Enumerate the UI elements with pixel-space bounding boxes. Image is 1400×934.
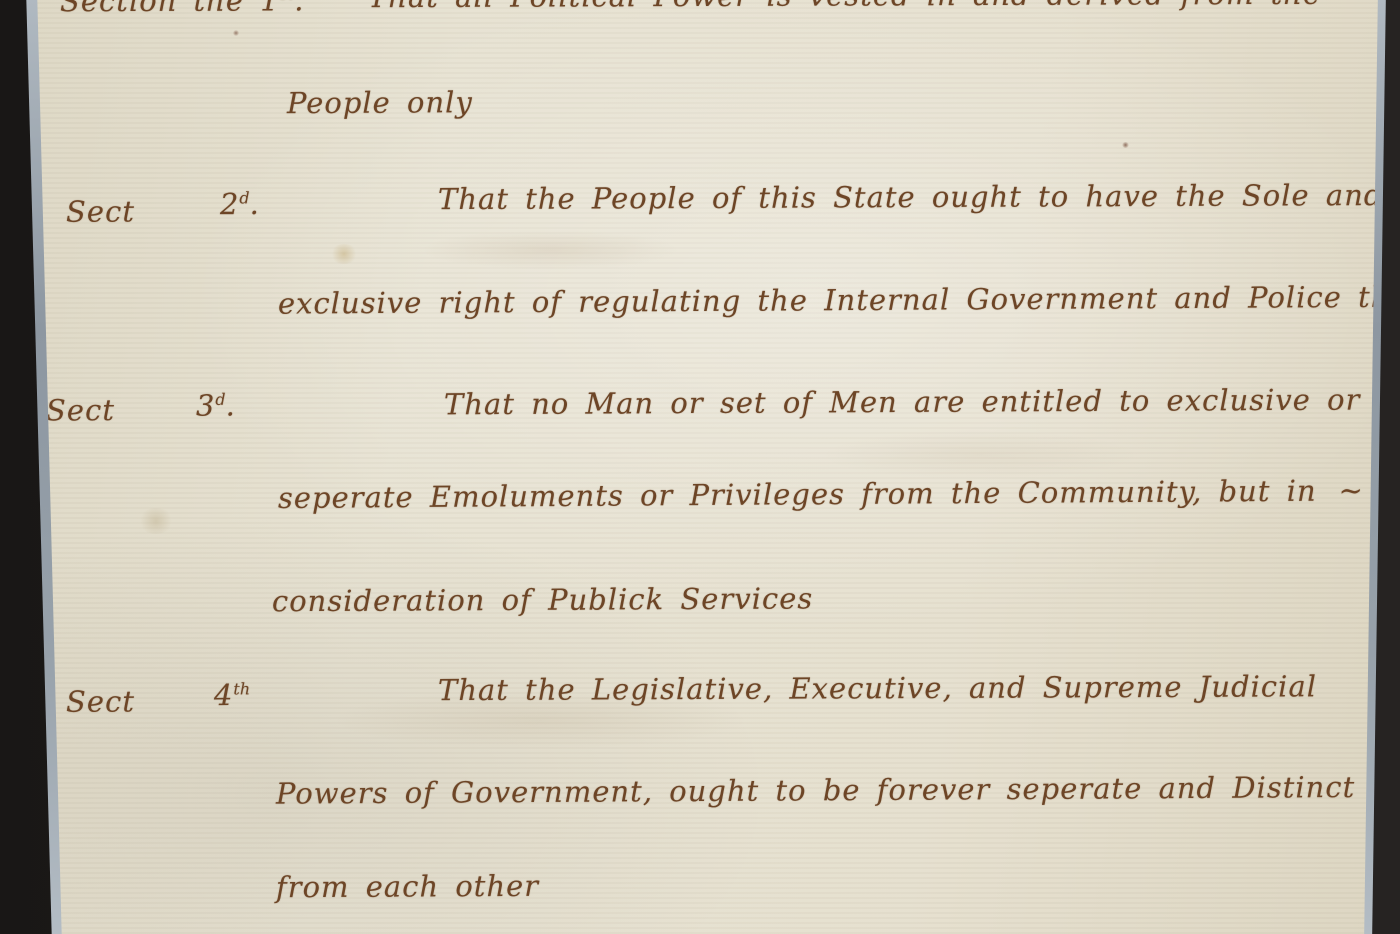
section-label: Sect [46, 393, 115, 427]
manuscript-line: People only [0, 80, 1400, 149]
manuscript-line: Powers of Government, ought to be foreve… [0, 770, 1400, 841]
manuscript-line: Section the 1st. That all Political Powe… [0, 0, 1400, 43]
line-text: exclusive right of regulating the Intern… [278, 279, 1400, 320]
manuscript-line: Sect 3d. That no Man or set of Men are e… [0, 374, 1400, 443]
manuscript-line: Sect 2d. That the People of this State o… [0, 173, 1400, 241]
line-text: People only [287, 85, 473, 120]
section-number-text: 4 [214, 678, 234, 712]
ordinal-suffix: d [239, 188, 249, 207]
section-label: Section the 1st. [60, 0, 305, 18]
scanned-document-page: Section the 1st. That all Political Powe… [0, 0, 1400, 934]
section-number: 4th [214, 678, 250, 712]
ordinal-suffix: th [233, 679, 250, 698]
manuscript-line: consideration of Publick Services [0, 578, 1400, 647]
label-punctuation: . [294, 0, 304, 17]
number-punctuation: . [250, 187, 260, 221]
flourish-mark: ~ [1338, 473, 1365, 507]
ordinal-suffix: d [215, 390, 225, 409]
line-text: from each other [276, 869, 539, 904]
section-number: 2d. [220, 187, 260, 221]
section-number: 3d. [196, 388, 236, 422]
number-punctuation: . [226, 388, 236, 422]
line-text: That no Man or set of Men are entitled t… [444, 383, 1361, 422]
line-text: Powers of Government, ought to be foreve… [276, 770, 1400, 811]
line-text: That the Legislative, Executive, and Sup… [438, 669, 1317, 707]
line-text: That all Political Power is vested in an… [368, 0, 1321, 14]
paper-stain [330, 244, 358, 264]
section-label: Sect [66, 194, 135, 228]
line-text-body: Powers of Government, ought to be foreve… [276, 770, 1355, 811]
ordinal-suffix: st [280, 0, 295, 4]
section-label: Sect [66, 684, 135, 718]
line-text: That the People of this State ought to h… [438, 178, 1384, 216]
line-text: seperate Emoluments or Privileges from t… [278, 473, 1365, 515]
manuscript-paper: Section the 1st. That all Political Powe… [0, 0, 1400, 934]
manuscript-line: seperate Emoluments or Privileges from t… [0, 473, 1400, 545]
manuscript-line: from each other [0, 864, 1400, 933]
line-text-body: seperate Emoluments or Privileges from t… [278, 474, 1317, 515]
section-label-text: Section the 1 [60, 0, 280, 18]
flourish-mark: — [1377, 770, 1400, 804]
section-number-text: 2 [220, 187, 240, 221]
line-text: consideration of Publick Services [272, 581, 813, 618]
section-number-text: 3 [196, 389, 216, 423]
manuscript-line: exclusive right of regulating the Intern… [0, 280, 1400, 351]
manuscript-line: Sect 4th That the Legislative, Executive… [0, 665, 1400, 733]
